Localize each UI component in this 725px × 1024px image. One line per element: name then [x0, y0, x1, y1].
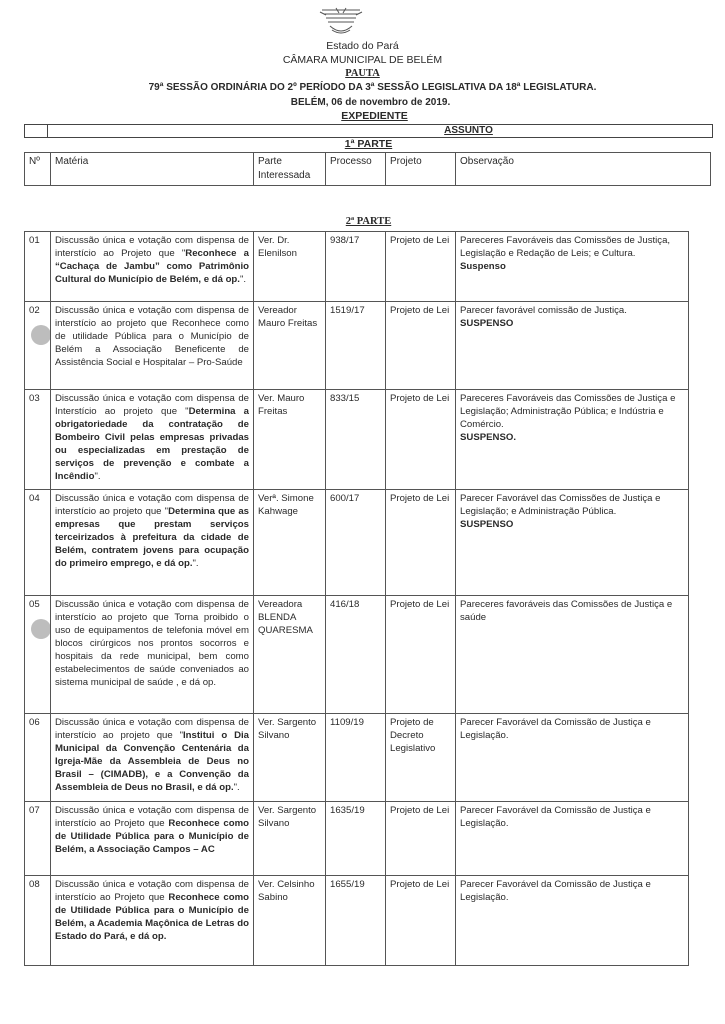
row-number-text: 05 — [29, 598, 46, 611]
projeto: Projeto de Lei — [386, 876, 456, 966]
row-number: 03 — [25, 390, 51, 490]
materia-cell: Discussão única e votação com dispensa d… — [51, 490, 254, 596]
materia-cell: Discussão única e votação com dispensa d… — [51, 596, 254, 714]
row-number: 07 — [25, 802, 51, 876]
observacao-cell: Parecer Favorável das Comissões de Justi… — [456, 490, 689, 596]
observacao-text: Parecer Favorável da Comissão de Justiça… — [460, 804, 684, 830]
observacao-text: Pareceres Favoráveis das Comissões de Ju… — [460, 392, 684, 431]
materia-text: ". — [94, 471, 100, 482]
observacao-text: Parecer favorável comissão de Justiça. — [460, 304, 684, 317]
parte-interessada: Vereador Mauro Freitas — [254, 302, 326, 390]
table-row: 02Discussão única e votação com dispensa… — [25, 302, 689, 390]
header-expediente: EXPEDIENTE — [12, 110, 725, 123]
table-row: 03Discussão única e votação com dispensa… — [25, 390, 689, 490]
header-sessao: 79ª SESSÃO ORDINÁRIA DO 2º PERÍODO DA 3ª… — [10, 81, 725, 94]
table-row: 08Discussão única e votação com dispensa… — [25, 876, 689, 966]
processo: 1635/19 — [326, 802, 386, 876]
row-number-text: 01 — [29, 234, 46, 247]
parte-interessada: Ver. Sargento Silvano — [254, 714, 326, 802]
projeto: Projeto de Lei — [386, 802, 456, 876]
col-no: Nº — [25, 153, 51, 186]
assunto-label: ASSUNTO — [25, 125, 712, 137]
projeto: Projeto de Lei — [386, 302, 456, 390]
row-number-text: 06 — [29, 716, 46, 729]
col-processo: Processo — [326, 153, 386, 186]
materia-text: ". — [240, 274, 246, 285]
projeto: Projeto de Lei — [386, 596, 456, 714]
header-pauta: PAUTA — [0, 67, 725, 80]
agenda-table: 01Discussão única e votação com dispensa… — [24, 231, 689, 966]
materia-text: Discussão única e votação com dispensa d… — [55, 305, 249, 368]
projeto: Projeto de Lei — [386, 490, 456, 596]
col-parte: Parte Interessada — [254, 153, 326, 186]
projeto: Projeto de Decreto Legislativo — [386, 714, 456, 802]
col-projeto: Projeto — [386, 153, 456, 186]
row-number: 02 — [25, 302, 51, 390]
row-number: 01 — [25, 232, 51, 302]
parte2-heading: 2ª PARTE — [0, 216, 725, 227]
stamp-mark-icon — [31, 619, 51, 639]
materia-cell: Discussão única e votação com dispensa d… — [51, 232, 254, 302]
status-badge: Suspenso — [460, 261, 506, 272]
materia-cell: Discussão única e votação com dispensa d… — [51, 714, 254, 802]
observacao-text: Parecer Favorável da Comissão de Justiça… — [460, 716, 684, 742]
parte-interessada: Ver. Dr. Elenilson — [254, 232, 326, 302]
processo: 833/15 — [326, 390, 386, 490]
row-number: 06 — [25, 714, 51, 802]
table-row: 01Discussão única e votação com dispensa… — [25, 232, 689, 302]
status-badge: SUSPENSO. — [460, 432, 516, 443]
col-observacao: Observação — [456, 153, 711, 186]
assunto-box: ASSUNTO — [24, 124, 713, 138]
stamp-mark-icon — [31, 325, 51, 345]
materia-text: ". — [193, 558, 199, 569]
row-number-text: 08 — [29, 878, 46, 891]
materia-text: ". — [234, 782, 240, 793]
materia-text: Discussão única e votação com dispensa d… — [55, 599, 249, 688]
header-date: BELÉM, 06 de novembro de 2019. — [8, 96, 725, 109]
materia-cell: Discussão única e votação com dispensa d… — [51, 876, 254, 966]
materia-cell: Discussão única e votação com dispensa d… — [51, 802, 254, 876]
processo: 600/17 — [326, 490, 386, 596]
parte-interessada: Vereadora BLENDA QUARESMA — [254, 596, 326, 714]
observacao-text: Pareceres favoráveis das Comissões de Ju… — [460, 598, 684, 624]
processo: 416/18 — [326, 596, 386, 714]
observacao-cell: Parecer Favorável da Comissão de Justiça… — [456, 714, 689, 802]
table-row: 07Discussão única e votação com dispensa… — [25, 802, 689, 876]
parte-interessada: Ver. Mauro Freitas — [254, 390, 326, 490]
coat-of-arms-icon — [316, 6, 366, 38]
parte-interessada: Ver. Sargento Silvano — [254, 802, 326, 876]
column-header-table: Nº Matéria Parte Interessada Processo Pr… — [24, 152, 711, 186]
materia-cell: Discussão única e votação com dispensa d… — [51, 390, 254, 490]
processo: 938/17 — [326, 232, 386, 302]
header-camara: CÂMARA MUNICIPAL DE BELÉM — [0, 54, 725, 67]
row-number-text: 07 — [29, 804, 46, 817]
table-row: 06Discussão única e votação com dispensa… — [25, 714, 689, 802]
observacao-cell: Pareceres Favoráveis das Comissões de Ju… — [456, 232, 689, 302]
row-number: 04 — [25, 490, 51, 596]
materia-cell: Discussão única e votação com dispensa d… — [51, 302, 254, 390]
row-number: 08 — [25, 876, 51, 966]
status-badge: SUSPENSO — [460, 318, 513, 329]
projeto: Projeto de Lei — [386, 390, 456, 490]
status-badge: SUSPENSO — [460, 519, 513, 530]
observacao-text: Pareceres Favoráveis das Comissões de Ju… — [460, 234, 684, 260]
col-materia: Matéria — [51, 153, 254, 186]
observacao-cell: Parecer Favorável da Comissão de Justiça… — [456, 802, 689, 876]
observacao-cell: Parecer favorável comissão de Justiça.SU… — [456, 302, 689, 390]
row-number-text: 03 — [29, 392, 46, 405]
observacao-text: Parecer Favorável da Comissão de Justiça… — [460, 878, 684, 904]
parte-interessada: Ver. Celsinho Sabino — [254, 876, 326, 966]
observacao-cell: Parecer Favorável da Comissão de Justiça… — [456, 876, 689, 966]
processo: 1655/19 — [326, 876, 386, 966]
row-number-text: 04 — [29, 492, 46, 505]
row-number: 05 — [25, 596, 51, 714]
observacao-cell: Pareceres favoráveis das Comissões de Ju… — [456, 596, 689, 714]
row-number-text: 02 — [29, 304, 46, 317]
observacao-cell: Pareceres Favoráveis das Comissões de Ju… — [456, 390, 689, 490]
parte1-heading: 1ª PARTE — [0, 138, 725, 150]
parte-interessada: Verª. Simone Kahwage — [254, 490, 326, 596]
processo: 1519/17 — [326, 302, 386, 390]
projeto: Projeto de Lei — [386, 232, 456, 302]
processo: 1109/19 — [326, 714, 386, 802]
table-row: 05Discussão única e votação com dispensa… — [25, 596, 689, 714]
header-estado: Estado do Pará — [0, 40, 725, 53]
table-row: 04Discussão única e votação com dispensa… — [25, 490, 689, 596]
materia-text-bold: Determina a obrigatoriedade da contrataç… — [55, 406, 249, 482]
observacao-text: Parecer Favorável das Comissões de Justi… — [460, 492, 684, 518]
